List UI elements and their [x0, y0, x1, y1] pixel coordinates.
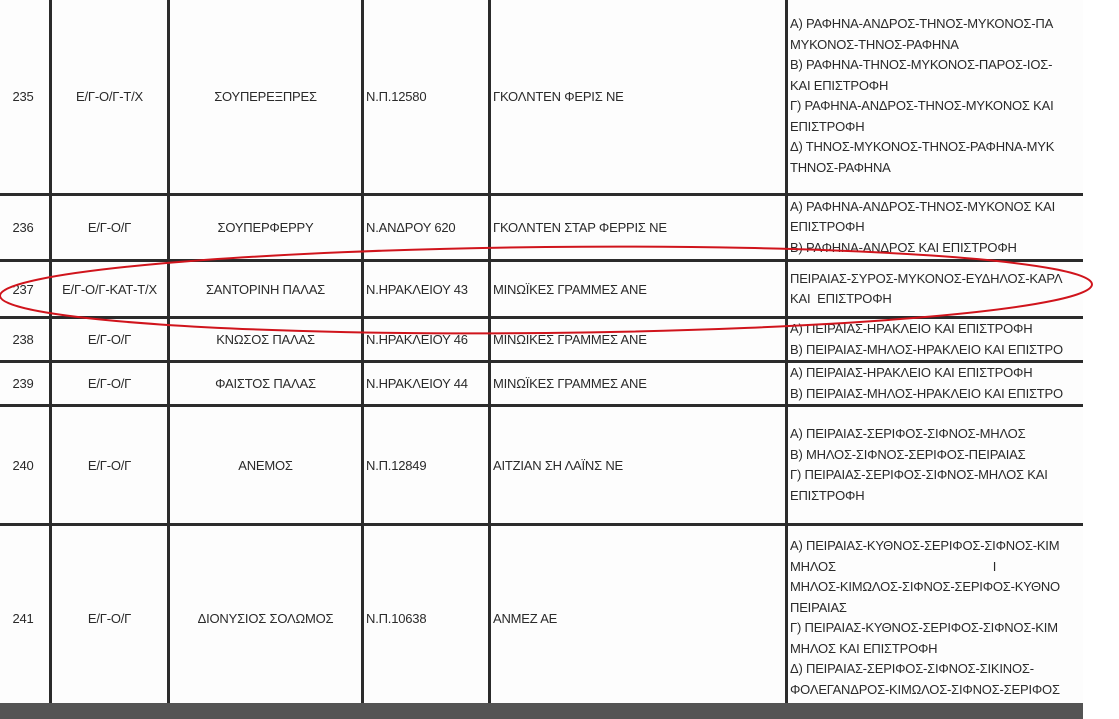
route-line: Α) ΠΕΙΡΑΙΑΣ-ΗΡΑΚΛΕΙΟ ΚΑΙ ΕΠΙΣΤΡΟΦΗ	[790, 319, 1083, 340]
route-line: Α) ΡΑΦΗΝΑ-ΑΝΔΡΟΣ-ΤΗΝΟΣ-ΜΥΚΟΝΟΣ ΚΑΙ	[790, 197, 1083, 218]
owner-company: ΑΝΜΕΖ ΑΕ	[490, 525, 787, 704]
footer-bar	[0, 703, 1083, 719]
route-line: Γ) ΠΕΙΡΑΙΑΣ-ΣΕΡΙΦΟΣ-ΣΙΦΝΟΣ-ΜΗΛΟΣ ΚΑΙ	[790, 465, 1083, 486]
row-number: 239	[0, 362, 51, 406]
table-row: 235Ε/Γ-Ο/Γ-Τ/ΧΣΟΥΠΕΡΕΞΠΡΕΣΝ.Π.12580ΓΚΟΛΝ…	[0, 0, 1083, 195]
owner-company: ΜΙΝΩΪΚΕΣ ΓΡΑΜΜΕΣ ΑΝΕ	[490, 318, 787, 362]
ship-registry-table: 235Ε/Γ-Ο/Γ-Τ/ΧΣΟΥΠΕΡΕΞΠΡΕΣΝ.Π.12580ΓΚΟΛΝ…	[0, 0, 1083, 703]
routes-cell: ΠΕΙΡΑΙΑΣ-ΣΥΡΟΣ-ΜΥΚΟΝΟΣ-ΕΥΔΗΛΟΣ-ΚΑΡΛΚΑΙ Ε…	[787, 261, 1084, 318]
table-row: 239Ε/Γ-Ο/ΓΦΑΙΣΤΟΣ ΠΑΛΑΣΝ.ΗΡΑΚΛΕΙΟΥ 44ΜΙΝ…	[0, 362, 1083, 406]
route-line: ΜΥΚΟΝΟΣ-ΤΗΝΟΣ-ΡΑΦΗΝΑ	[790, 35, 1083, 56]
route-line: Δ) ΠΕΙΡΑΙΑΣ-ΣΕΡΙΦΟΣ-ΣΙΦΝΟΣ-ΣΙΚΙΝΟΣ-	[790, 659, 1083, 680]
vessel-name: ΣΟΥΠΕΡΕΞΠΡΕΣ	[169, 0, 363, 195]
owner-company: ΜΙΝΩΪΚΕΣ ΓΡΑΜΜΕΣ ΑΝΕ	[490, 362, 787, 406]
vessel-type: Ε/Γ-Ο/Γ	[51, 525, 169, 704]
table-row: 241Ε/Γ-Ο/ΓΔΙΟΝΥΣΙΟΣ ΣΟΛΩΜΟΣΝ.Π.10638ΑΝΜΕ…	[0, 525, 1083, 704]
table-row: 236Ε/Γ-Ο/ΓΣΟΥΠΕΡΦΕΡΡΥΝ.ΑΝΔΡΟΥ 620ΓΚΟΛΝΤΕ…	[0, 195, 1083, 261]
route-line: Β) ΡΑΦΗΝΑ-ΤΗΝΟΣ-ΜΥΚΟΝΟΣ-ΠΑΡΟΣ-ΙΟΣ-	[790, 55, 1083, 76]
registration-number: Ν.Π.12580	[363, 0, 490, 195]
vessel-type: Ε/Γ-Ο/Γ-ΚΑΤ-Τ/Χ	[51, 261, 169, 318]
registration-number: Ν.ΗΡΑΚΛΕΙΟΥ 43	[363, 261, 490, 318]
vessel-name: ΣΟΥΠΕΡΦΕΡΡΥ	[169, 195, 363, 261]
route-line: Β) ΠΕΙΡΑΙΑΣ-ΜΗΛΟΣ-ΗΡΑΚΛΕΙΟ ΚΑΙ ΕΠΙΣΤΡΟ	[790, 384, 1083, 405]
vessel-name: ΣΑΝΤΟΡΙΝΗ ΠΑΛΑΣ	[169, 261, 363, 318]
table-row: 240Ε/Γ-Ο/ΓΑΝΕΜΟΣΝ.Π.12849ΑΙΤΖΙΑΝ ΣΗ ΛΑΪΝ…	[0, 406, 1083, 525]
row-number: 236	[0, 195, 51, 261]
route-line: Α) ΠΕΙΡΑΙΑΣ-ΗΡΑΚΛΕΙΟ ΚΑΙ ΕΠΙΣΤΡΟΦΗ	[790, 363, 1083, 384]
route-line: Α) ΠΕΙΡΑΙΑΣ-ΚΥΘΝΟΣ-ΣΕΡΙΦΟΣ-ΣΙΦΝΟΣ-ΚΙΜ	[790, 536, 1083, 557]
route-line: ΕΠΙΣΤΡΟΦΗ	[790, 217, 1083, 238]
route-line: ΦΟΛΕΓΑΝΔΡΟΣ-ΚΙΜΩΛΟΣ-ΣΙΦΝΟΣ-ΣΕΡΙΦΟΣ	[790, 680, 1083, 701]
owner-company: ΓΚΟΛΝΤΕΝ ΣΤΑΡ ΦΕΡΡΙΣ ΝΕ	[490, 195, 787, 261]
registration-number: Ν.Π.10638	[363, 525, 490, 704]
registration-number: Ν.ΗΡΑΚΛΕΙΟΥ 46	[363, 318, 490, 362]
row-number: 240	[0, 406, 51, 525]
route-line: ΜΗΛΟΣ ΚΑΙ ΕΠΙΣΤΡΟΦΗ	[790, 639, 1083, 660]
vessel-type: Ε/Γ-Ο/Γ	[51, 406, 169, 525]
route-line: ΜΗΛΟΣ-ΚΙΜΩΛΟΣ-ΣΙΦΝΟΣ-ΣΕΡΙΦΟΣ-ΚΥΘΝΟ	[790, 577, 1083, 598]
route-line: Γ) ΠΕΙΡΑΙΑΣ-ΚΥΘΝΟΣ-ΣΕΡΙΦΟΣ-ΣΙΦΝΟΣ-ΚΙΜ	[790, 618, 1083, 639]
route-line: ΠΕΙΡΑΙΑΣ-ΣΥΡΟΣ-ΜΥΚΟΝΟΣ-ΕΥΔΗΛΟΣ-ΚΑΡΛ	[790, 269, 1083, 290]
vessel-name: ΦΑΙΣΤΟΣ ΠΑΛΑΣ	[169, 362, 363, 406]
table-row: 237Ε/Γ-Ο/Γ-ΚΑΤ-Τ/ΧΣΑΝΤΟΡΙΝΗ ΠΑΛΑΣΝ.ΗΡΑΚΛ…	[0, 261, 1083, 318]
route-line: Β) ΠΕΙΡΑΙΑΣ-ΜΗΛΟΣ-ΗΡΑΚΛΕΙΟ ΚΑΙ ΕΠΙΣΤΡΟ	[790, 340, 1083, 361]
route-line: Α) ΡΑΦΗΝΑ-ΑΝΔΡΟΣ-ΤΗΝΟΣ-ΜΥΚΟΝΟΣ-ΠΑ	[790, 14, 1083, 35]
routes-cell: Α) ΠΕΙΡΑΙΑΣ-ΗΡΑΚΛΕΙΟ ΚΑΙ ΕΠΙΣΤΡΟΦΗΒ) ΠΕΙ…	[787, 318, 1084, 362]
route-line: ΚΑΙ ΕΠΙΣΤΡΟΦΗ	[790, 289, 1083, 310]
routes-cell: Α) ΠΕΙΡΑΙΑΣ-ΚΥΘΝΟΣ-ΣΕΡΙΦΟΣ-ΣΙΦΝΟΣ-ΚΙΜΜΗΛ…	[787, 525, 1084, 704]
route-line: ΤΗΝΟΣ-ΡΑΦΗΝΑ	[790, 158, 1083, 179]
table-body: 235Ε/Γ-Ο/Γ-Τ/ΧΣΟΥΠΕΡΕΞΠΡΕΣΝ.Π.12580ΓΚΟΛΝ…	[0, 0, 1083, 703]
row-number: 235	[0, 0, 51, 195]
row-number: 238	[0, 318, 51, 362]
registration-number: Ν.ΗΡΑΚΛΕΙΟΥ 44	[363, 362, 490, 406]
vessel-type: Ε/Γ-Ο/Γ-Τ/Χ	[51, 0, 169, 195]
registration-number: Ν.Π.12849	[363, 406, 490, 525]
routes-cell: Α) ΠΕΙΡΑΙΑΣ-ΣΕΡΙΦΟΣ-ΣΙΦΝΟΣ-ΜΗΛΟΣΒ) ΜΗΛΟΣ…	[787, 406, 1084, 525]
routes-cell: Α) ΠΕΙΡΑΙΑΣ-ΗΡΑΚΛΕΙΟ ΚΑΙ ΕΠΙΣΤΡΟΦΗΒ) ΠΕΙ…	[787, 362, 1084, 406]
row-number: 237	[0, 261, 51, 318]
vessel-name: ΚΝΩΣΟΣ ΠΑΛΑΣ	[169, 318, 363, 362]
route-line: Α) ΠΕΙΡΑΙΑΣ-ΣΕΡΙΦΟΣ-ΣΙΦΝΟΣ-ΜΗΛΟΣ	[790, 424, 1083, 445]
vessel-name: ΑΝΕΜΟΣ	[169, 406, 363, 525]
vessel-type: Ε/Γ-Ο/Γ	[51, 318, 169, 362]
registration-number: Ν.ΑΝΔΡΟΥ 620	[363, 195, 490, 261]
owner-company: ΜΙΝΩΪΚΕΣ ΓΡΑΜΜΕΣ ΑΝΕ	[490, 261, 787, 318]
vessel-name: ΔΙΟΝΥΣΙΟΣ ΣΟΛΩΜΟΣ	[169, 525, 363, 704]
route-line: ΕΠΙΣΤΡΟΦΗ	[790, 486, 1083, 507]
table-row: 238Ε/Γ-Ο/ΓΚΝΩΣΟΣ ΠΑΛΑΣΝ.ΗΡΑΚΛΕΙΟΥ 46ΜΙΝΩ…	[0, 318, 1083, 362]
owner-company: ΑΙΤΖΙΑΝ ΣΗ ΛΑΪΝΣ ΝΕ	[490, 406, 787, 525]
route-line: Γ) ΡΑΦΗΝΑ-ΑΝΔΡΟΣ-ΤΗΝΟΣ-ΜΥΚΟΝΟΣ ΚΑΙ	[790, 96, 1083, 117]
route-line: Δ) ΤΗΝΟΣ-ΜΥΚΟΝΟΣ-ΤΗΝΟΣ-ΡΑΦΗΝΑ-ΜΥΚ	[790, 137, 1083, 158]
routes-cell: Α) ΡΑΦΗΝΑ-ΑΝΔΡΟΣ-ΤΗΝΟΣ-ΜΥΚΟΝΟΣ ΚΑΙΕΠΙΣΤΡ…	[787, 195, 1084, 261]
route-line: ΚΑΙ ΕΠΙΣΤΡΟΦΗ	[790, 76, 1083, 97]
route-line: Β) ΜΗΛΟΣ-ΣΙΦΝΟΣ-ΣΕΡΙΦΟΣ-ΠΕΙΡΑΙΑΣ	[790, 445, 1083, 466]
vessel-type: Ε/Γ-Ο/Γ	[51, 195, 169, 261]
routes-cell: Α) ΡΑΦΗΝΑ-ΑΝΔΡΟΣ-ΤΗΝΟΣ-ΜΥΚΟΝΟΣ-ΠΑΜΥΚΟΝΟΣ…	[787, 0, 1084, 195]
row-number: 241	[0, 525, 51, 704]
route-line: ΜΗΛΟΣ Ι	[790, 557, 1083, 578]
route-line: ΠΕΙΡΑΙΑΣ	[790, 598, 1083, 619]
route-line: Β) ΡΑΦΗΝΑ-ΑΝΔΡΟΣ ΚΑΙ ΕΠΙΣΤΡΟΦΗ	[790, 238, 1083, 259]
vessel-type: Ε/Γ-Ο/Γ	[51, 362, 169, 406]
document-viewport: 235Ε/Γ-Ο/Γ-Τ/ΧΣΟΥΠΕΡΕΞΠΡΕΣΝ.Π.12580ΓΚΟΛΝ…	[0, 0, 1083, 703]
owner-company: ΓΚΟΛΝΤΕΝ ΦΕΡΙΣ ΝΕ	[490, 0, 787, 195]
route-line: ΕΠΙΣΤΡΟΦΗ	[790, 117, 1083, 138]
